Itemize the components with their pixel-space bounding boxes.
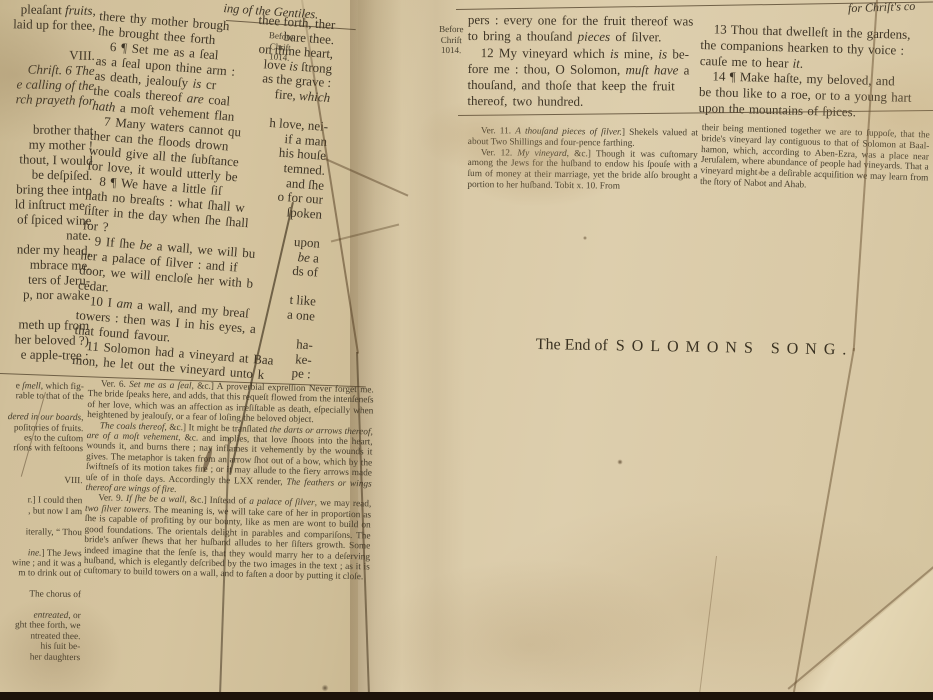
left-margin-note-before-christ: BeforeChriſt1014. bbox=[267, 30, 294, 64]
right-verse-column-2: 13 Thou that dwelleſt in the gardens,the… bbox=[698, 21, 931, 122]
right-margin-note-before-christ: BeforeChriſt1014. bbox=[439, 24, 464, 56]
antique-book-photo: ing of the Gentiles. pleaſant fruits,lai… bbox=[0, 0, 933, 700]
right-commentary-column-2: their being mentioned together we are to… bbox=[700, 123, 930, 195]
book-bottom-edge bbox=[0, 692, 933, 700]
end-line-prefix: The End of bbox=[536, 336, 608, 354]
right-commentary-column-1: Ver. 11. A thouſand pieces of ſilver.] S… bbox=[467, 126, 698, 193]
gutter-shadow bbox=[350, 0, 465, 693]
left-commentary-column: Ver. 6. Set me as a ſeal, &c.] A proverb… bbox=[84, 379, 374, 583]
right-running-header: for Chriſt's co bbox=[848, 0, 916, 16]
right-commentary-continuation: their being mentioned together we are to… bbox=[700, 123, 930, 195]
left-commentary-fragments: e ſmell, which fig-rable to that of the … bbox=[0, 381, 84, 663]
end-line-title: SOLOMONS SONG. bbox=[616, 337, 854, 358]
right-verse-column-1: pers : every one for the fruit thereof w… bbox=[467, 12, 700, 111]
